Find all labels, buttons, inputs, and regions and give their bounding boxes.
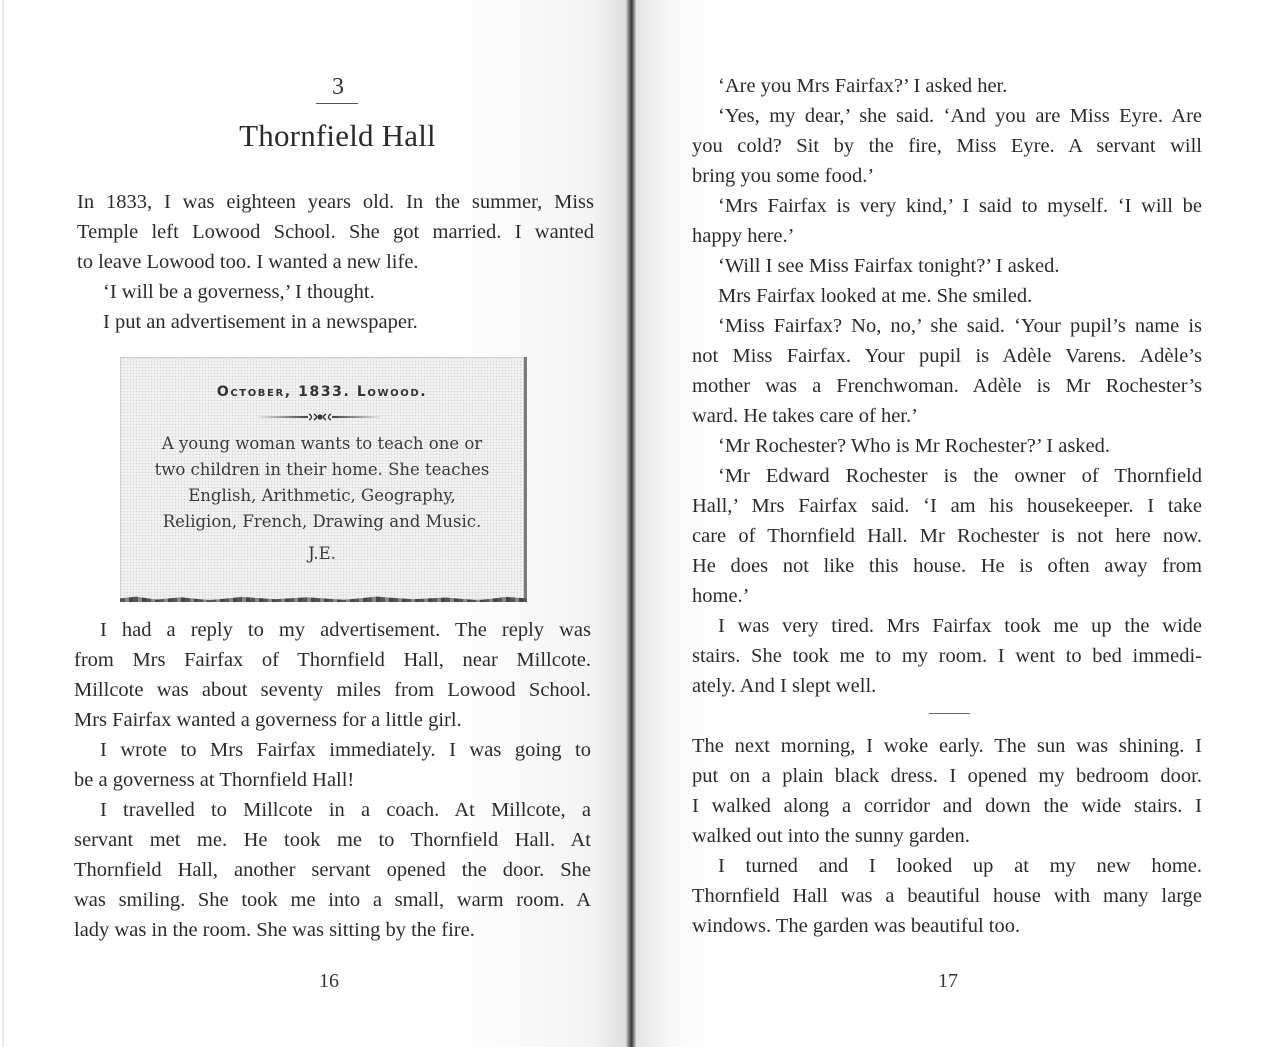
ad-line: Religion, French, Drawing and Music. — [120, 509, 524, 535]
text-line: walked out into the sunny garden. — [692, 821, 1202, 851]
text-line: you cold? Sit by the fire, Miss Eyre. A … — [692, 131, 1202, 161]
text-line: Hall,’ Mrs Fairfax said. ‘I am his house… — [692, 491, 1202, 521]
text-line: lady was in the room. She was sitting by… — [74, 915, 591, 945]
text-line: was smiling. She took me into a small, w… — [74, 885, 591, 915]
page-number: 17 — [918, 970, 978, 993]
newspaper-advertisement: October, 1833. Lowood. A young woman wan… — [120, 357, 527, 600]
advertisement-signature: J.E. — [120, 544, 524, 563]
text-line: ward. He takes care of her.’ — [692, 401, 1202, 431]
text-line: Temple left Lowood School. She got marri… — [77, 217, 594, 247]
book-spread: 3 Thornfield Hall In 1833, I was eightee… — [0, 0, 1280, 1047]
text-line: ‘Mr Rochester? Who is Mr Rochester?’ I a… — [692, 431, 1202, 461]
ad-line: A young woman wants to teach one or — [120, 431, 524, 457]
text-line: ‘I will be a governess,’ I thought. — [77, 277, 594, 307]
text-line: I turned and I looked up at my new home. — [692, 851, 1202, 881]
scene-break-rule — [929, 713, 970, 714]
chapter-title: Thornfield Hall — [150, 118, 525, 154]
right-text-bottom: The next morning, I woke early. The sun … — [692, 731, 1202, 941]
text-line: ‘Mrs Fairfax is very kind,’ I said to my… — [692, 191, 1202, 221]
text-line: to leave Lowood too. I wanted a new life… — [77, 247, 594, 277]
text-line: Thornfield Hall, another servant opened … — [74, 855, 591, 885]
text-line: I walked along a corridor and down the w… — [692, 791, 1202, 821]
text-line: Mrs Fairfax looked at me. She smiled. — [692, 281, 1202, 311]
text-line: I put an advertisement in a newspaper. — [77, 307, 594, 337]
text-line: ‘Yes, my dear,’ she said. ‘And you are M… — [692, 101, 1202, 131]
text-line: be a governess at Thornfield Hall! — [74, 765, 591, 795]
text-line: from Mrs Fairfax of Thornfield Hall, nea… — [74, 645, 591, 675]
text-line: I travelled to Millcote in a coach. At M… — [74, 795, 591, 825]
text-line: I was very tired. Mrs Fairfax took me up… — [692, 611, 1202, 641]
text-line: bring you some food.’ — [692, 161, 1202, 191]
left-text-top: In 1833, I was eighteen years old. In th… — [77, 187, 594, 337]
chapter-rule — [316, 103, 358, 104]
text-line: Millcote was about seventy miles from Lo… — [74, 675, 591, 705]
page-number: 16 — [299, 970, 359, 993]
text-line: ately. And I slept well. — [692, 671, 1202, 701]
ornamental-divider-icon — [256, 412, 384, 422]
advertisement-body: A young woman wants to teach one or two … — [120, 431, 524, 535]
advertisement-heading: October, 1833. Lowood. — [120, 384, 524, 400]
ad-line: English, Arithmetic, Geography, — [120, 483, 524, 509]
text-line: ‘Are you Mrs Fairfax?’ I asked her. — [692, 71, 1202, 101]
right-text-top: ‘Are you Mrs Fairfax?’ I asked her.‘Yes,… — [692, 71, 1202, 701]
text-line: home.’ — [692, 581, 1202, 611]
text-line: Thornfield Hall was a beautiful house wi… — [692, 881, 1202, 911]
book-spine — [626, 0, 636, 1047]
text-line: Mrs Fairfax wanted a governess for a lit… — [74, 705, 591, 735]
text-line: The next morning, I woke early. The sun … — [692, 731, 1202, 761]
text-line: servant met me. He took me to Thornfield… — [74, 825, 591, 855]
chapter-number: 3 — [310, 74, 366, 101]
text-line: care of Thornfield Hall. Mr Rochester is… — [692, 521, 1202, 551]
text-line: In 1833, I was eighteen years old. In th… — [77, 187, 594, 217]
text-line: I wrote to Mrs Fairfax immediately. I wa… — [74, 735, 591, 765]
text-line: windows. The garden was beautiful too. — [692, 911, 1202, 941]
text-line: ‘Miss Fairfax? No, no,’ she said. ‘Your … — [692, 311, 1202, 341]
left-page: 3 Thornfield Hall In 1833, I was eightee… — [0, 0, 630, 1047]
text-line: not Miss Fairfax. Your pupil is Adèle Va… — [692, 341, 1202, 371]
text-line: happy here.’ — [692, 221, 1202, 251]
text-line: stairs. She took me to my room. I went t… — [692, 641, 1202, 671]
text-line: I had a reply to my advertisement. The r… — [74, 615, 591, 645]
text-line: ‘Will I see Miss Fairfax tonight?’ I ask… — [692, 251, 1202, 281]
text-line: put on a plain black dress. I opened my … — [692, 761, 1202, 791]
text-line: mother was a Frenchwoman. Adèle is Mr Ro… — [692, 371, 1202, 401]
text-line: He does not like this house. He is often… — [692, 551, 1202, 581]
left-text-bottom: I had a reply to my advertisement. The r… — [74, 615, 591, 945]
text-line: ‘Mr Edward Rochester is the owner of Tho… — [692, 461, 1202, 491]
ad-line: two children in their home. She teaches — [120, 457, 524, 483]
page-edge — [2, 0, 4, 1047]
